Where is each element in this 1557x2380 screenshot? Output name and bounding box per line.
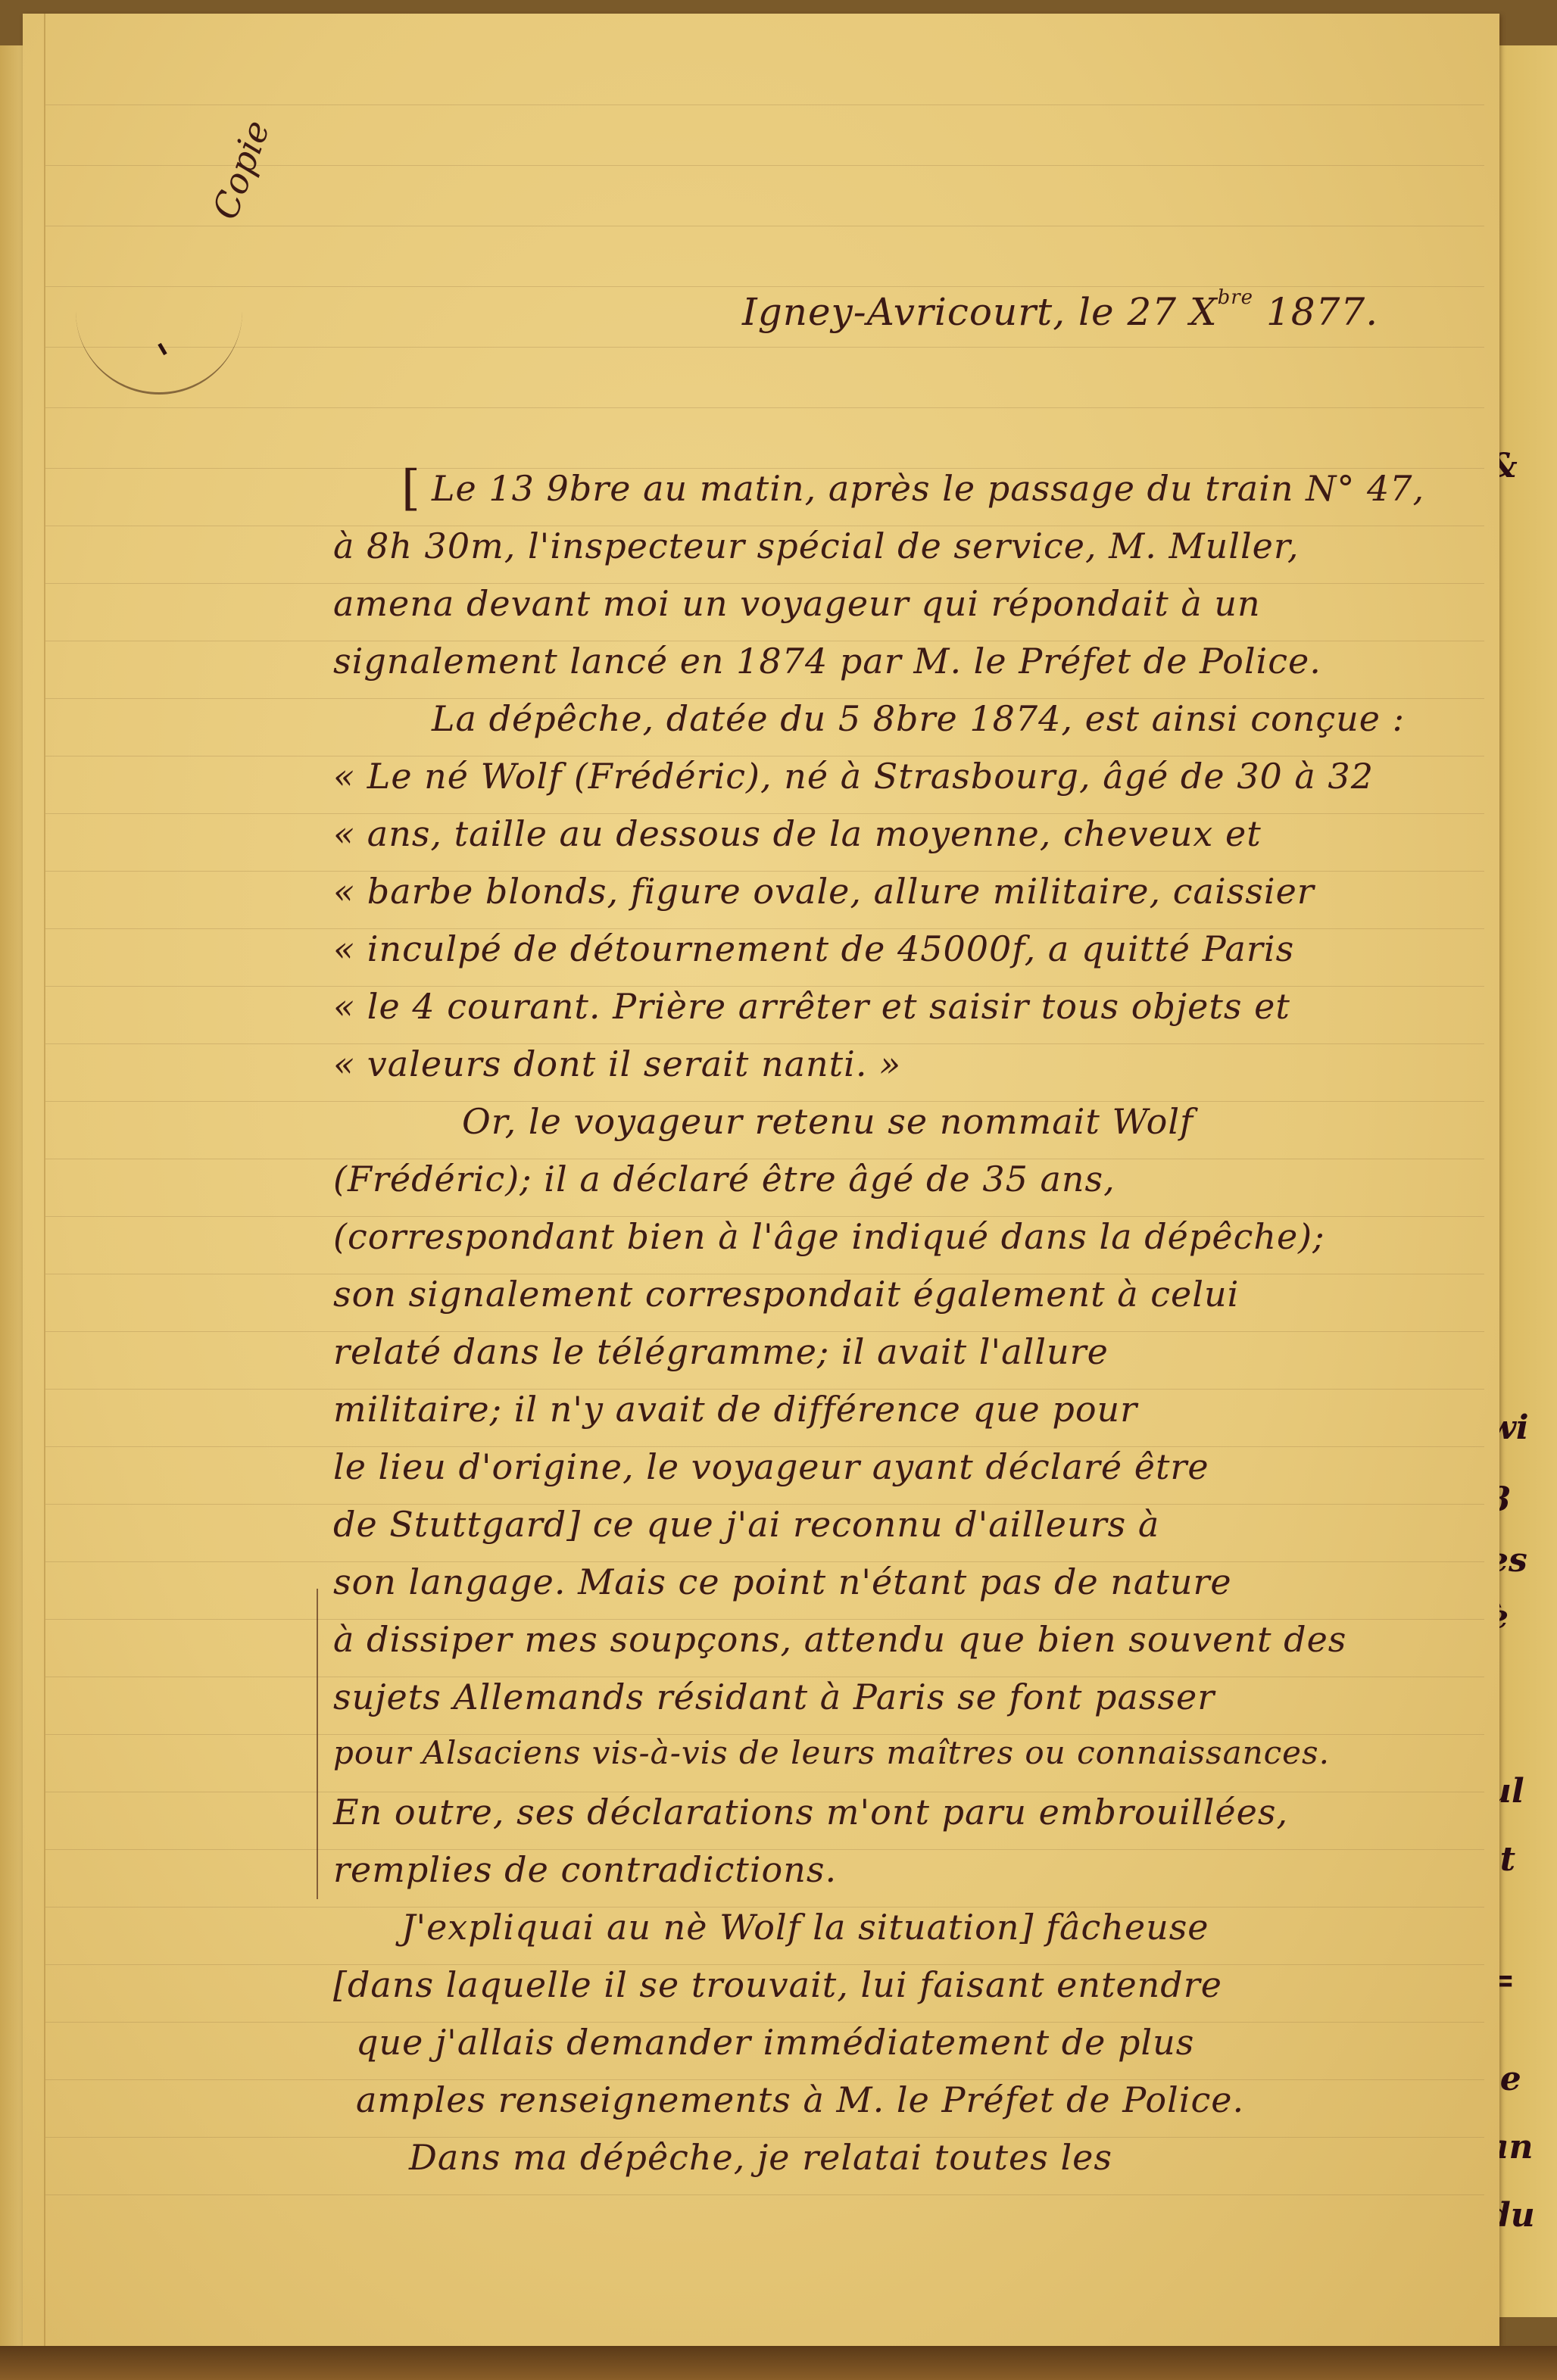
text-line: Le 13 9bre au matin, après le passage du…	[432, 468, 1424, 509]
dateline-month-sup: bre	[1218, 286, 1253, 309]
text-line: de Stuttgard] ce que j'ai reconnu d'aill…	[333, 1504, 1159, 1545]
text-line: amena devant moi un voyageur qui réponda…	[333, 583, 1261, 624]
text-line: son langage. Mais ce point n'étant pas d…	[333, 1561, 1232, 1602]
text-line: « ans, taille au dessous de la moyenne, …	[333, 813, 1262, 854]
text-line: (Frédéric); il a déclaré être âgé de 35 …	[333, 1159, 1115, 1199]
wooden-table-edge	[0, 2346, 1557, 2380]
text-line: amples renseignements à M. le Préfet de …	[356, 2079, 1244, 2120]
dateline-year: 1877.	[1266, 290, 1378, 334]
text-line: à dissiper mes soupçons, attendu que bie…	[333, 1619, 1346, 1660]
text-line: que j'allais demander immédiatement de p…	[356, 2022, 1194, 2063]
dateline-place: Igney-Avricourt, le 27 X	[742, 290, 1218, 334]
bracket-mark: [	[401, 460, 420, 516]
margin-arc-mark	[76, 271, 242, 395]
text-line: sujets Allemands résidant à Paris se fon…	[333, 1677, 1215, 1717]
text-line: relaté dans le télégramme; il avait l'al…	[333, 1331, 1109, 1372]
margin-line	[317, 1589, 318, 1899]
text-line: « barbe blonds, figure ovale, allure mil…	[333, 871, 1315, 912]
text-line: Or, le voyageur retenu se nommait Wolf	[462, 1101, 1193, 1142]
marginal-note-copie: Copie	[204, 115, 278, 225]
text-line: (correspondant bien à l'âge indiqué dans…	[333, 1216, 1325, 1257]
text-line: La dépêche, datée du 5 8bre 1874, est ai…	[432, 698, 1405, 739]
text-line: [dans laquelle il se trouvait, lui faisa…	[333, 1964, 1222, 2005]
text-line: son signalement correspondait également …	[333, 1274, 1239, 1315]
text-line: signalement lancé en 1874 par M. le Préf…	[333, 641, 1321, 682]
manuscript-page: Copie Igney-Avricourt, le 27 Xbre 1877. …	[23, 14, 1499, 2346]
text-line: pour Alsaciens vis-à-vis de leurs maître…	[333, 1734, 1330, 1771]
text-line: J'expliquai au nè Wolf la situation] fâc…	[401, 1907, 1209, 1948]
text-line: Dans ma dépêche, je relatai toutes les	[409, 2137, 1112, 2178]
text-line: remplies de contradictions.	[333, 1849, 837, 1890]
text-line: le lieu d'origine, le voyageur ayant déc…	[333, 1446, 1209, 1487]
text-line: à 8h 30m, l'inspecteur spécial de servic…	[333, 526, 1299, 566]
dateline: Igney-Avricourt, le 27 Xbre 1877.	[742, 286, 1378, 334]
text-line: En outre, ses déclarations m'ont paru em…	[333, 1792, 1288, 1833]
text-line: « valeurs dont il serait nanti. »	[333, 1043, 901, 1084]
text-line: militaire; il n'y avait de différence qu…	[333, 1389, 1137, 1430]
text-line: « le 4 courant. Prière arrêter et saisir…	[333, 986, 1290, 1027]
text-line: « inculpé de détournement de 45000f, a q…	[333, 928, 1294, 969]
text-line: « Le né Wolf (Frédéric), né à Strasbourg…	[333, 756, 1374, 797]
page-fold	[23, 14, 45, 2346]
